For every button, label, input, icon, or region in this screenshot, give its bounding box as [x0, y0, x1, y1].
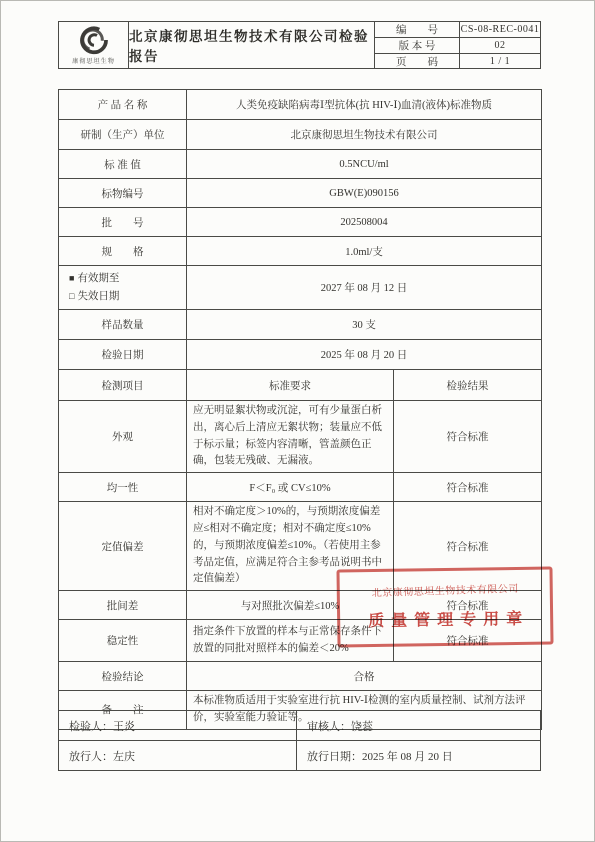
release-date-label: 放行日期：: [307, 751, 362, 763]
test-result: 符合标准: [394, 591, 542, 620]
doc-no-value: CS-08-REC-0041: [460, 22, 540, 37]
test-row-assigned-value-bias: 定值偏差 相对不确定度＞10%的，与预期浓度偏差应≤相对不确定度；相对不确定度≤…: [59, 502, 542, 591]
page-no-label: 页 码: [375, 54, 460, 69]
filled-checkbox-icon: ■: [69, 271, 74, 286]
conclusion-row: 检验结论 合格: [59, 662, 542, 691]
lot-no-value: 202508004: [187, 208, 542, 237]
test-row-lot-difference: 批间差 与对照批次偏差≤10% 符合标准: [59, 591, 542, 620]
result-header: 检验结果: [394, 370, 542, 401]
standard-value: 0.5NCU/ml: [187, 150, 542, 179]
test-requirement: 与对照批次偏差≤10%: [187, 591, 394, 620]
releaser-label: 放行人：: [69, 751, 113, 763]
meta-row-doc-no: 编 号 CS-08-REC-0041: [375, 22, 540, 38]
version-value: 02: [460, 38, 540, 53]
manufacturer-value: 北京康彻思坦生物技术有限公司: [187, 120, 542, 150]
company-swirl-logo-icon: [79, 25, 109, 55]
lot-no-label: 批 号: [59, 208, 187, 237]
test-result: 符合标准: [394, 502, 542, 591]
inspection-date-label: 检验日期: [59, 340, 187, 370]
document-meta: 编 号 CS-08-REC-0041 版 本 号 02 页 码 1 / 1: [375, 22, 540, 68]
reviewer-label: 审核人：: [307, 721, 351, 733]
sample-qty-value: 30 支: [187, 310, 542, 340]
inspector-label: 检验人：: [69, 721, 113, 733]
meta-row-page: 页 码 1 / 1: [375, 54, 540, 69]
reference-no-label: 标物编号: [59, 179, 187, 208]
test-item: 批间差: [59, 591, 187, 620]
expiry-date-label: 失效日期: [77, 288, 119, 306]
release-date-value: 2025 年 08 月 20 日: [362, 751, 453, 763]
logo-cell: 康彻思坦生物: [59, 22, 129, 68]
report-table: 产 品 名 称 人类免疫缺陷病毒Ⅰ型抗体(抗 HIV-Ⅰ)血清(液体)标准物质 …: [58, 89, 542, 730]
manufacturer-label: 研制（生产）单位: [59, 120, 187, 150]
test-result: 符合标准: [394, 620, 542, 662]
test-result: 符合标准: [394, 401, 542, 473]
table-row: 标 准 值 0.5NCU/ml: [59, 150, 542, 179]
releaser-signature: 左庆: [113, 751, 135, 763]
page-no-value: 1 / 1: [460, 54, 540, 69]
standard-value-label: 标 准 值: [59, 150, 187, 179]
test-requirement: 应无明显絮状物或沉淀，可有少量蛋白析出，离心后上清应无絮状物；装量应不低于标示量…: [187, 401, 394, 473]
test-requirement: 指定条件下放置的样本与正常保存条件下放置的同批对照样本的偏差＜20%: [187, 620, 394, 662]
reviewer-signature: 饶蕊: [351, 721, 373, 733]
conclusion-value: 合格: [187, 662, 542, 691]
table-row: 样品数量 30 支: [59, 310, 542, 340]
specification-value: 1.0ml/支: [187, 237, 542, 266]
test-requirement: F＜F₀ 或 CV≤10%: [187, 473, 394, 502]
inspection-report-page: 康彻思坦生物 北京康彻思坦生物技术有限公司检验报告 编 号 CS-08-REC-…: [0, 0, 595, 842]
table-row: 批 号 202508004: [59, 208, 542, 237]
test-item-header: 检测项目: [59, 370, 187, 401]
logo-caption: 康彻思坦生物: [72, 56, 115, 65]
test-header-row: 检测项目 标准要求 检验结果: [59, 370, 542, 401]
validity-date-value: 2027 年 08 月 12 日: [187, 266, 542, 310]
releaser-cell: 放行人：左庆: [59, 741, 297, 771]
test-item: 定值偏差: [59, 502, 187, 591]
table-row: 产 品 名 称 人类免疫缺陷病毒Ⅰ型抗体(抗 HIV-Ⅰ)血清(液体)标准物质: [59, 90, 542, 120]
table-row: 研制（生产）单位 北京康彻思坦生物技术有限公司: [59, 120, 542, 150]
test-result: 符合标准: [394, 473, 542, 502]
validity-row: ■ 有效期至 □ 失效日期 2027 年 08 月 12 日: [59, 266, 542, 310]
specification-label: 规 格: [59, 237, 187, 266]
product-name-label: 产 品 名 称: [59, 90, 187, 120]
empty-checkbox-icon: □: [69, 289, 74, 304]
table-row: 检验日期 2025 年 08 月 20 日: [59, 340, 542, 370]
version-label: 版 本 号: [375, 38, 460, 53]
inspector-cell: 检验人：王炎: [59, 711, 297, 741]
meta-row-version: 版 本 号 02: [375, 38, 540, 54]
table-row: 规 格 1.0ml/支: [59, 237, 542, 266]
signature-table: 检验人：王炎 审核人：饶蕊 放行人：左庆 放行日期：2025 年 08 月 20…: [58, 710, 541, 771]
release-date-cell: 放行日期：2025 年 08 月 20 日: [297, 741, 541, 771]
valid-until-label: 有效期至: [77, 270, 119, 288]
requirement-header: 标准要求: [187, 370, 394, 401]
inspector-signature: 王炎: [113, 721, 135, 733]
report-header: 康彻思坦生物 北京康彻思坦生物技术有限公司检验报告 编 号 CS-08-REC-…: [58, 21, 541, 69]
test-row-appearance: 外观 应无明显絮状物或沉淀，可有少量蛋白析出，离心后上清应无絮状物；装量应不低于…: [59, 401, 542, 473]
test-row-homogeneity: 均一性 F＜F₀ 或 CV≤10% 符合标准: [59, 473, 542, 502]
report-title: 北京康彻思坦生物技术有限公司检验报告: [129, 22, 375, 68]
sample-qty-label: 样品数量: [59, 310, 187, 340]
release-row: 放行人：左庆 放行日期：2025 年 08 月 20 日: [59, 741, 541, 771]
test-item: 均一性: [59, 473, 187, 502]
validity-label-cell: ■ 有效期至 □ 失效日期: [59, 266, 187, 310]
reference-no-value: GBW(E)090156: [187, 179, 542, 208]
test-requirement: 相对不确定度＞10%的，与预期浓度偏差应≤相对不确定度；相对不确定度≤10%的，…: [187, 502, 394, 591]
inspection-date-value: 2025 年 08 月 20 日: [187, 340, 542, 370]
conclusion-label: 检验结论: [59, 662, 187, 691]
reviewer-cell: 审核人：饶蕊: [297, 711, 541, 741]
table-row: 标物编号 GBW(E)090156: [59, 179, 542, 208]
test-row-stability: 稳定性 指定条件下放置的样本与正常保存条件下放置的同批对照样本的偏差＜20% 符…: [59, 620, 542, 662]
product-name-value: 人类免疫缺陷病毒Ⅰ型抗体(抗 HIV-Ⅰ)血清(液体)标准物质: [187, 90, 542, 120]
doc-no-label: 编 号: [375, 22, 460, 37]
test-item: 稳定性: [59, 620, 187, 662]
test-item: 外观: [59, 401, 187, 473]
signature-row: 检验人：王炎 审核人：饶蕊: [59, 711, 541, 741]
